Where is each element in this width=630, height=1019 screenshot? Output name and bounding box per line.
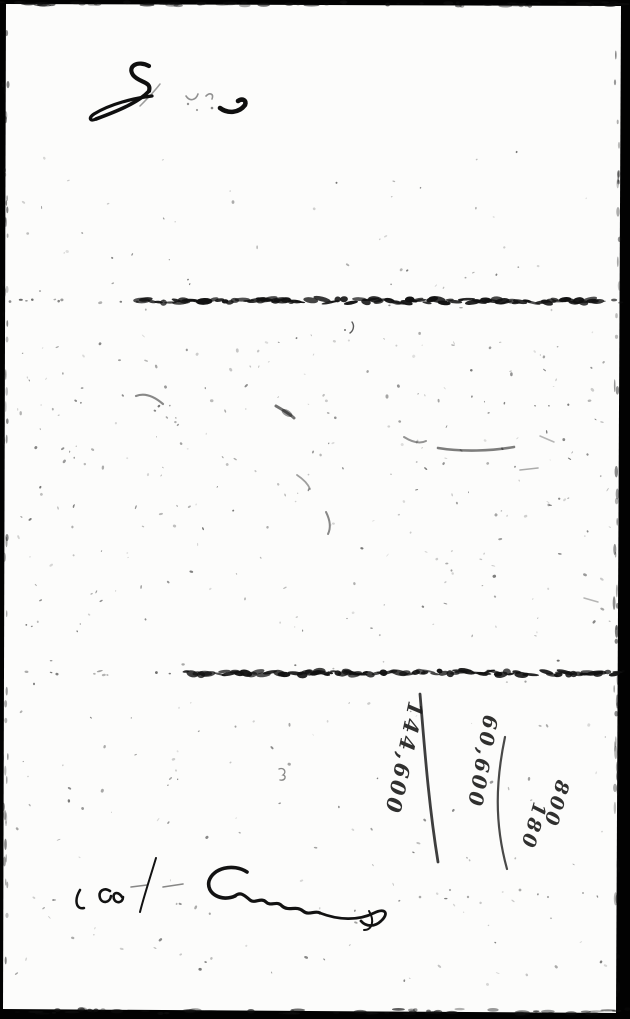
signature-top-flourish [131,64,149,91]
signature-bottom-o-loops [100,889,123,902]
scan-frame: 144,600 60,600 800 180 [0,0,630,1019]
scan-noise [0,0,630,1016]
pencil-figures: 144,600 60,600 800 180 [380,694,574,869]
signature-top-faint-letters [186,94,213,100]
fold-crease-top [9,290,624,311]
signature-bottom-flick [364,911,372,930]
signature-bottom-tail [320,911,385,926]
smudge-under-crease [344,322,353,333]
signature-bottom-j-hook [77,890,84,908]
signature-bottom-squiggle [235,894,320,913]
calc-figure: 144,600 [380,699,429,818]
calc-figure: 60,600 [463,713,503,810]
signature-top-tail [220,100,245,112]
fold-crease-bottom [24,660,624,686]
signature-top [90,64,245,120]
figure-stroke-right [498,737,507,869]
scan-overlay: 144,600 60,600 800 180 [0,0,630,1019]
smudge-middle [136,395,598,780]
signature-bottom-trail-specks [419,889,584,899]
signature-bottom-dashes [131,884,183,887]
calc-figure: 180 [516,800,551,853]
